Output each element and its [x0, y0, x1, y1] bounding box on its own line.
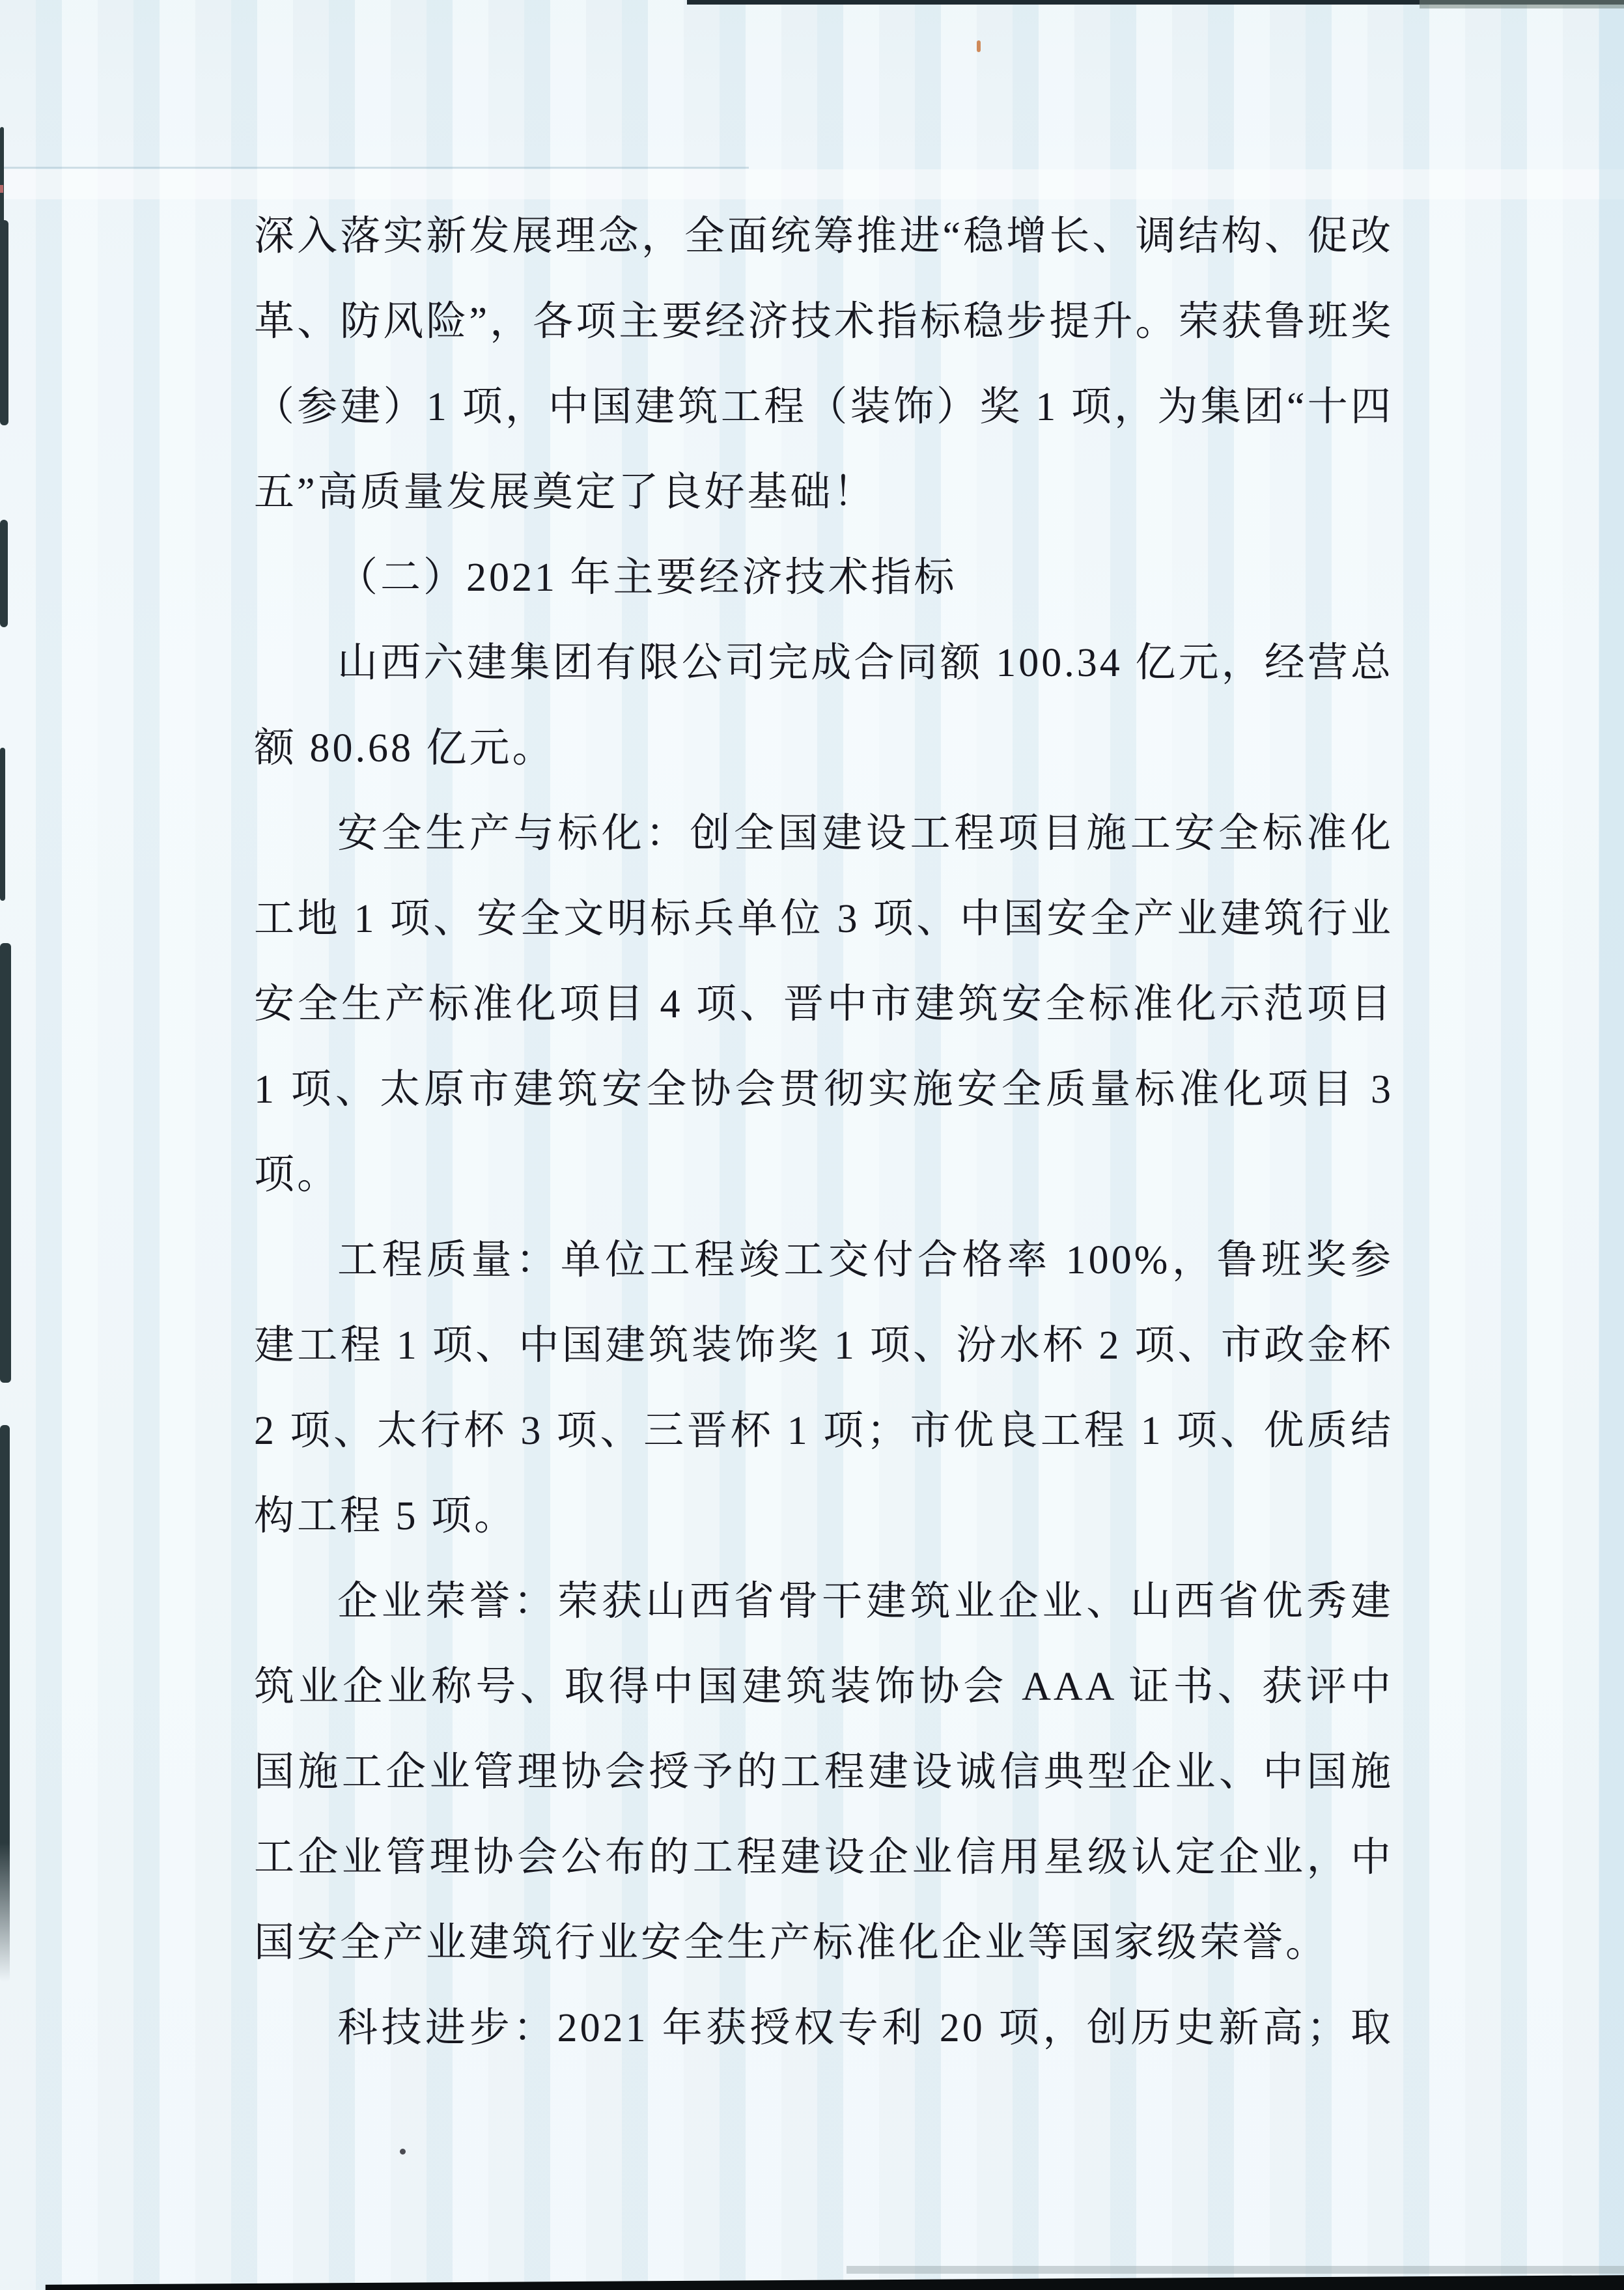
scan-left-edge-mark	[0, 127, 4, 225]
text-line: 工程质量：单位工程竣工交付合格率 100%，鲁班奖参	[337, 1218, 1393, 1303]
text-line: 额 80.68 亿元。	[254, 706, 1393, 791]
scan-bottom-smear	[847, 2266, 1624, 2274]
text-line: 项。	[254, 1133, 1393, 1218]
scan-left-edge-mark	[0, 943, 11, 1383]
scan-left-edge-mark	[0, 1425, 10, 1982]
section-heading: （二）2021 年主要经济技术指标	[337, 535, 1393, 621]
scanned-document-page: 深入落实新发展理念，全面统筹推进“稳增长、调结构、促改 革、防风险”，各项主要经…	[0, 0, 1624, 2290]
text-line: 企业荣誉：荣获山西省骨干建筑业企业、山西省优秀建	[337, 1559, 1393, 1645]
text-line: 五”高质量发展奠定了良好基础！	[254, 450, 1393, 535]
edge-color-fringe	[0, 185, 3, 193]
text-line: （参建）1 项，中国建筑工程（装饰）奖 1 项，为集团“十四	[254, 365, 1393, 450]
scan-left-edge-mark	[0, 520, 8, 627]
text-line: 革、防风险”，各项主要经济技术指标稳步提升。荣获鲁班奖	[254, 279, 1393, 365]
text-line: 安全生产标准化项目 4 项、晋中市建筑安全标准化示范项目	[254, 962, 1393, 1047]
text-line: 安全生产与标化：创全国建设工程项目施工安全标准化	[337, 791, 1393, 877]
text-line: 工企业管理协会公布的工程建设企业信用星级认定企业，中	[254, 1815, 1393, 1901]
text-line: 国施工企业管理协会授予的工程建设诚信典型企业、中国施	[254, 1730, 1393, 1815]
ink-speck	[977, 40, 981, 52]
ink-dot	[400, 2149, 406, 2155]
scan-left-edge-mark	[0, 220, 8, 425]
text-line: 深入落实新发展理念，全面统筹推进“稳增长、调结构、促改	[254, 194, 1393, 279]
text-line: 筑业企业称号、取得中国建筑装饰协会 AAA 证书、获评中	[254, 1645, 1393, 1730]
fold-crease-line	[0, 167, 749, 169]
scan-right-edge-strip	[1599, 0, 1624, 2290]
text-line: 山西六建集团有限公司完成合同额 100.34 亿元，经营总	[337, 621, 1393, 706]
text-line: 工地 1 项、安全文明标兵单位 3 项、中国安全产业建筑行业	[254, 877, 1393, 962]
text-line: 建工程 1 项、中国建筑装饰奖 1 项、汾水杯 2 项、市政金杯	[254, 1303, 1393, 1389]
text-line: 构工程 5 项。	[254, 1474, 1393, 1559]
text-line: 1 项、太原市建筑安全协会贯彻实施安全质量标准化项目 3	[254, 1047, 1393, 1133]
text-line: 2 项、太行杯 3 项、三晋杯 1 项；市优良工程 1 项、优质结	[254, 1389, 1393, 1474]
text-line: 科技进步：2021 年获授权专利 20 项，创历史新高；取	[337, 1986, 1393, 2071]
scan-top-edge-band-right	[1420, 0, 1624, 8]
scan-left-edge-mark	[0, 748, 5, 901]
text-line: 国安全产业建筑行业安全生产标准化企业等国家级荣誉。	[254, 1901, 1393, 1986]
